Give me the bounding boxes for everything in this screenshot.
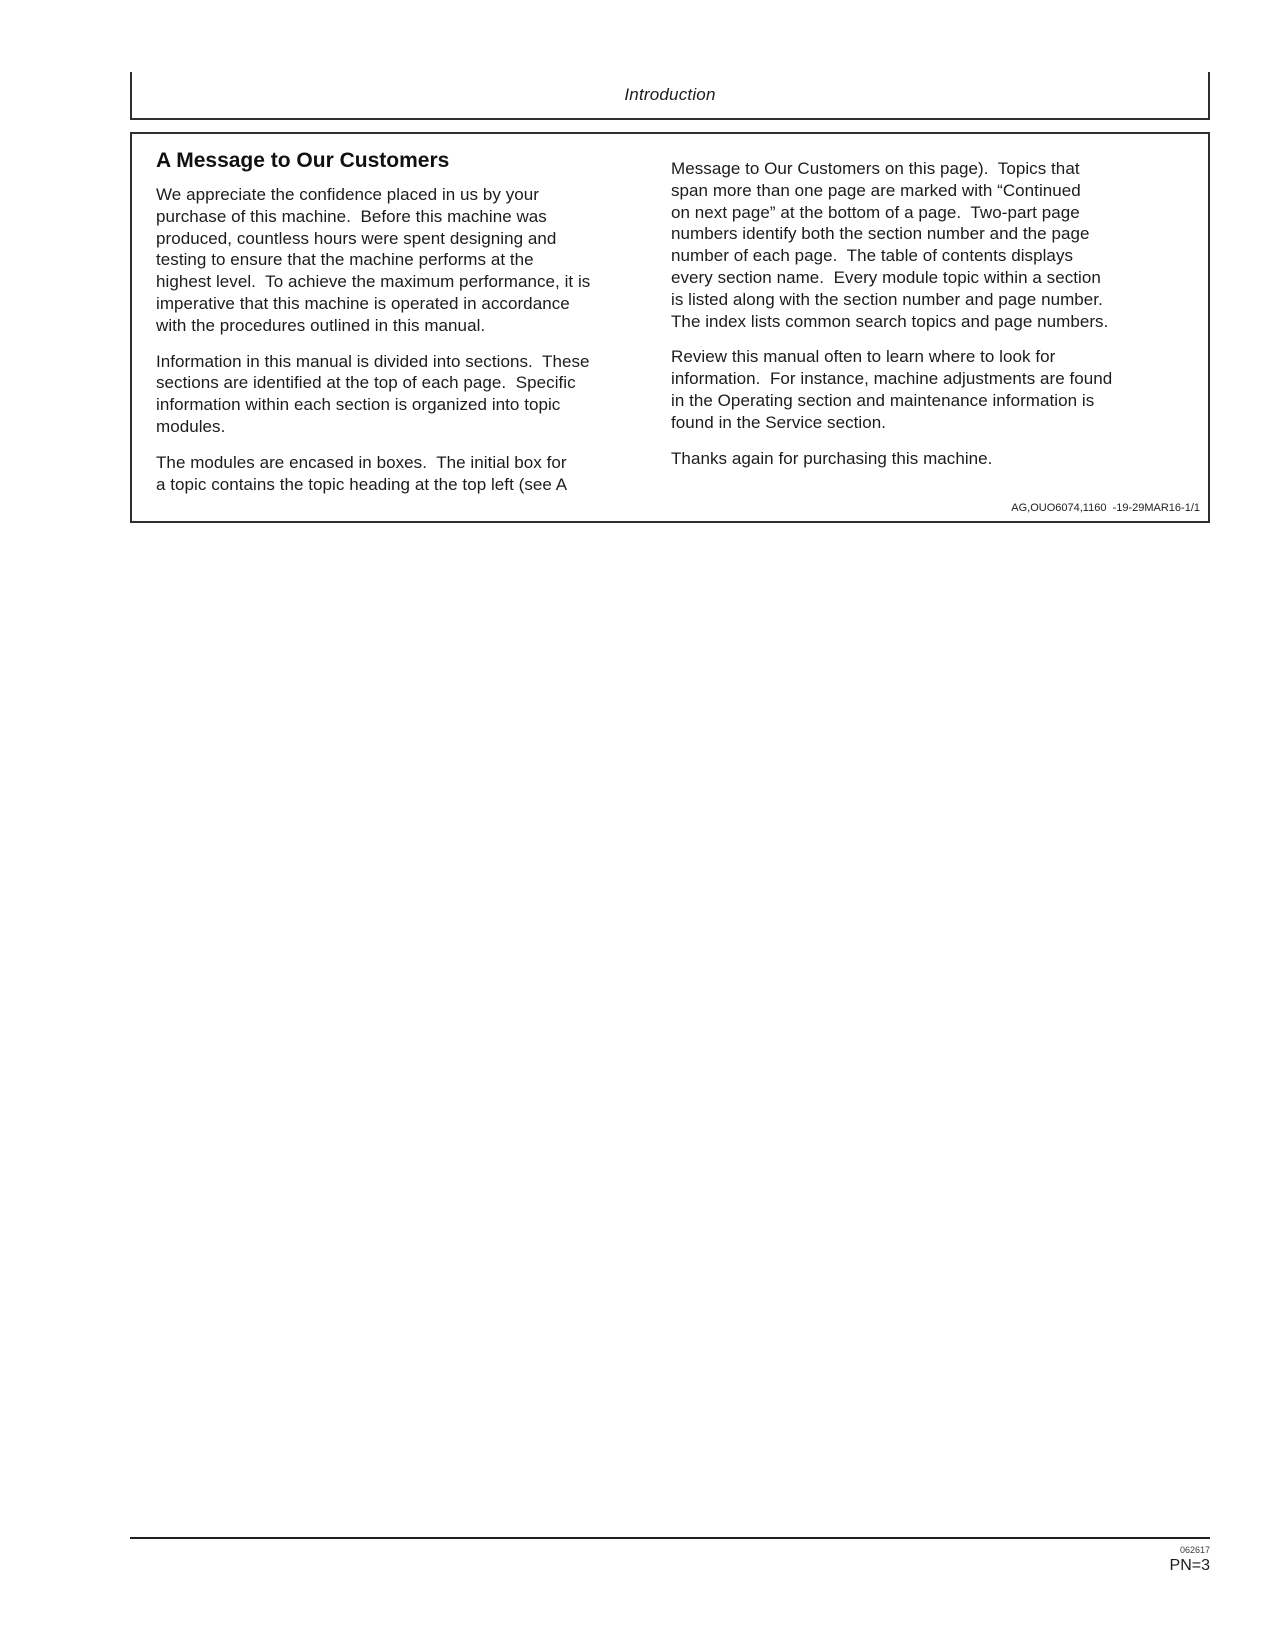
right-paragraph-3: Thanks again for purchasing this machine… bbox=[671, 448, 1208, 470]
right-paragraph-1: Message to Our Customers on this page). … bbox=[671, 158, 1208, 332]
page-number: PN=3 bbox=[1170, 1557, 1210, 1575]
message-box: A Message to Our Customers We appreciate… bbox=[130, 132, 1210, 523]
left-paragraph-1: We appreciate the confidence placed in u… bbox=[156, 184, 658, 337]
right-paragraph-2: Review this manual often to learn where … bbox=[671, 346, 1208, 433]
left-column: A Message to Our Customers We appreciate… bbox=[156, 148, 658, 509]
topic-heading: A Message to Our Customers bbox=[156, 148, 658, 174]
section-title: Introduction bbox=[624, 85, 715, 105]
left-paragraph-2: Information in this manual is divided in… bbox=[156, 351, 658, 438]
left-paragraph-3: The modules are encased in boxes. The in… bbox=[156, 452, 658, 496]
footer-rule bbox=[130, 1537, 1210, 1539]
manual-page: Introduction A Message to Our Customers … bbox=[0, 0, 1275, 1650]
page-header: Introduction bbox=[130, 72, 1210, 120]
print-code: 062617 bbox=[1180, 1545, 1210, 1555]
right-column: Message to Our Customers on this page). … bbox=[671, 158, 1208, 509]
message-box-content: A Message to Our Customers We appreciate… bbox=[132, 134, 1208, 509]
reference-code: AG,OUO6074,1160 -19-29MAR16-1/1 bbox=[1011, 502, 1200, 514]
